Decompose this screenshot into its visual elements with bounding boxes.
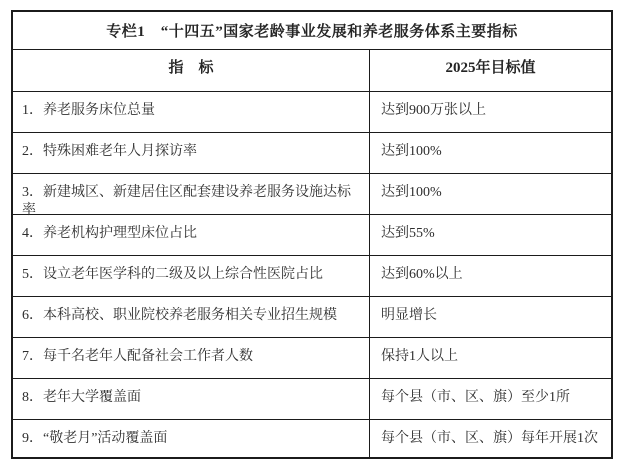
table-row: 8．老年大学覆盖面 每个县（市、区、旗）至少1所	[13, 379, 611, 420]
table-row: 5．设立老年医学科的二级及以上综合性医院占比 达到60%以上	[13, 256, 611, 297]
indicator-cell: 1．养老服务床位总量	[13, 92, 370, 132]
target-cell: 每个县（市、区、旗）每年开展1次	[370, 420, 611, 457]
indicator-cell: 8．老年大学覆盖面	[13, 379, 370, 419]
indicator-cell: 2．特殊困难老年人月探访率	[13, 133, 370, 173]
table-row: 1．养老服务床位总量 达到900万张以上	[13, 92, 611, 133]
indicator-cell: 7．每千名老年人配备社会工作者人数	[13, 338, 370, 378]
table-row: 2．特殊困难老年人月探访率 达到100%	[13, 133, 611, 174]
indicator-cell: 5．设立老年医学科的二级及以上综合性医院占比	[13, 256, 370, 296]
target-cell: 达到100%	[370, 133, 611, 173]
target-cell: 达到55%	[370, 215, 611, 255]
table-row: 9．“敬老月”活动覆盖面 每个县（市、区、旗）每年开展1次	[13, 420, 611, 457]
column-header-indicator: 指 标	[13, 50, 370, 91]
table-header-row: 指 标 2025年目标值	[13, 50, 611, 92]
target-cell: 明显增长	[370, 297, 611, 337]
indicators-table: 专栏1 “十四五”国家老龄事业发展和养老服务体系主要指标 指 标 2025年目标…	[11, 10, 613, 459]
target-cell: 达到900万张以上	[370, 92, 611, 132]
table-row: 6．本科高校、职业院校养老服务相关专业招生规模 明显增长	[13, 297, 611, 338]
indicator-cell: 3．新建城区、新建居住区配套建设养老服务设施达标率	[13, 174, 370, 214]
target-cell: 达到100%	[370, 174, 611, 214]
indicator-cell: 9．“敬老月”活动覆盖面	[13, 420, 370, 457]
table-row: 3．新建城区、新建居住区配套建设养老服务设施达标率 达到100%	[13, 174, 611, 215]
target-cell: 保持1人以上	[370, 338, 611, 378]
document-page: 专栏1 “十四五”国家老龄事业发展和养老服务体系主要指标 指 标 2025年目标…	[0, 0, 626, 474]
table-row: 7．每千名老年人配备社会工作者人数 保持1人以上	[13, 338, 611, 379]
indicator-cell: 6．本科高校、职业院校养老服务相关专业招生规模	[13, 297, 370, 337]
table-row: 4．养老机构护理型床位占比 达到55%	[13, 215, 611, 256]
indicator-cell: 4．养老机构护理型床位占比	[13, 215, 370, 255]
target-cell: 达到60%以上	[370, 256, 611, 296]
column-header-target: 2025年目标值	[370, 50, 611, 91]
table-title: 专栏1 “十四五”国家老龄事业发展和养老服务体系主要指标	[13, 12, 611, 50]
target-cell: 每个县（市、区、旗）至少1所	[370, 379, 611, 419]
